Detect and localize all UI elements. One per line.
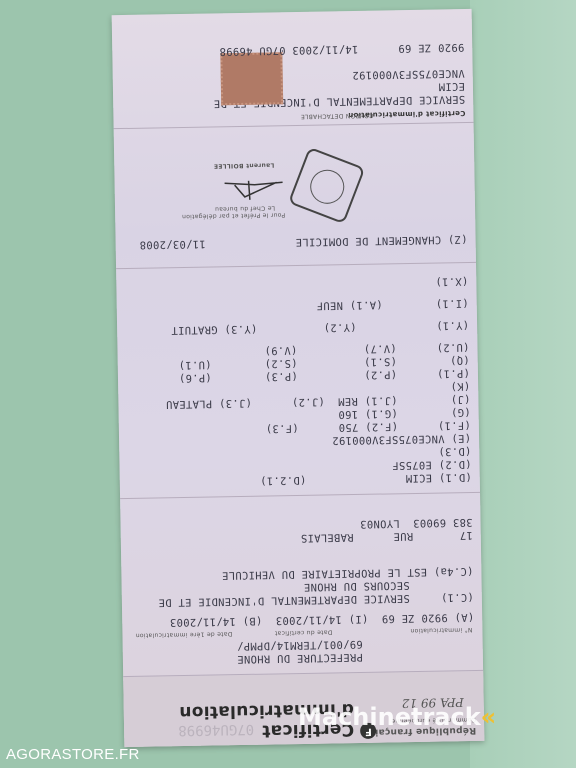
field-row: (Y.1) (Y.2) (Y.3) GRATUIT [171, 319, 469, 336]
field-c1-label: (C.1) [441, 591, 474, 604]
official-seal-icon [288, 147, 366, 225]
signature-icon [214, 174, 285, 205]
chevron-left-icon: « [481, 703, 497, 731]
owner-address-city: 383 69003 LYON03 [360, 516, 473, 530]
coupon-detachable-label: COUPON DETACHABLE [301, 112, 374, 120]
field-row: (D.2) E075SF [392, 458, 472, 471]
field-row: (G) (G.1) 160 [338, 406, 471, 420]
owner-name-line2: SECOURS DU RHONE [304, 579, 410, 593]
background-table [470, 0, 576, 768]
change-label: (Z) CHANGEMENT DE DOMICILE [295, 233, 467, 248]
divider [120, 492, 480, 499]
machinetrack-watermark: Machinetrack« [298, 703, 496, 731]
signatory-name: Laurent BOILLEE [214, 161, 275, 169]
field-row-vin: (E) VNCE075SF3V000192 [332, 432, 471, 446]
agorastore-watermark: AGORASTORE.FR [6, 746, 140, 763]
label-registration-number: N° immatriculation [410, 626, 472, 634]
owner-status: (C.4a) EST LE PROPRIETAIRE DU VEHICULE [222, 565, 474, 581]
coupon-vin: VNCE075SF3V000192 [352, 67, 465, 81]
field-row: (K) [450, 380, 470, 392]
signature-caption-2: Le Chef du bureau [215, 204, 275, 212]
field-row: (D.3) [438, 445, 471, 458]
coupon-perforation [114, 122, 474, 129]
owner-name-line1: SERVICE DEPARTEMENTAL D'INCENDIE ET DE [158, 592, 410, 608]
prefecture-name: PREFECTURE DU RHONE [237, 651, 363, 665]
field-row: (I.1) (A.1) NEUF [316, 297, 468, 312]
field-row: (X.1) [435, 275, 468, 288]
change-date: 11/03/2008 [139, 238, 205, 251]
registration-document: République française Communauté européen… [112, 9, 485, 747]
document-content-upside-down: République française Communauté européen… [112, 9, 485, 747]
field-row: (D.1) ECIM (D.2.1) [260, 471, 472, 487]
signature-caption: Pour le Préfet et par délégation [182, 211, 285, 220]
label-certificate-date: Date du certificat [275, 628, 333, 636]
machinetrack-text: Machinetrack [298, 703, 481, 731]
fold-line [116, 262, 476, 269]
prefecture-code: 69/001/TERM14/DPMP/ [237, 638, 363, 652]
serial-number: 07GU46998 [178, 721, 254, 738]
registration-line: (A) 9920 ZE 69 (I) 14/11/2003 (B) 14/11/… [170, 611, 475, 628]
label-first-registration-date: Date de 1ère immatriculation [135, 630, 232, 639]
coupon-owner-line2: ECIM [438, 80, 465, 92]
owner-address-street: 17 RUE RABELAIS [301, 529, 473, 544]
fiscal-stamp-icon [220, 52, 283, 105]
coupon-registration-line: 9920 ZE 69 14/11/2003 07GU 46998 [219, 41, 464, 57]
